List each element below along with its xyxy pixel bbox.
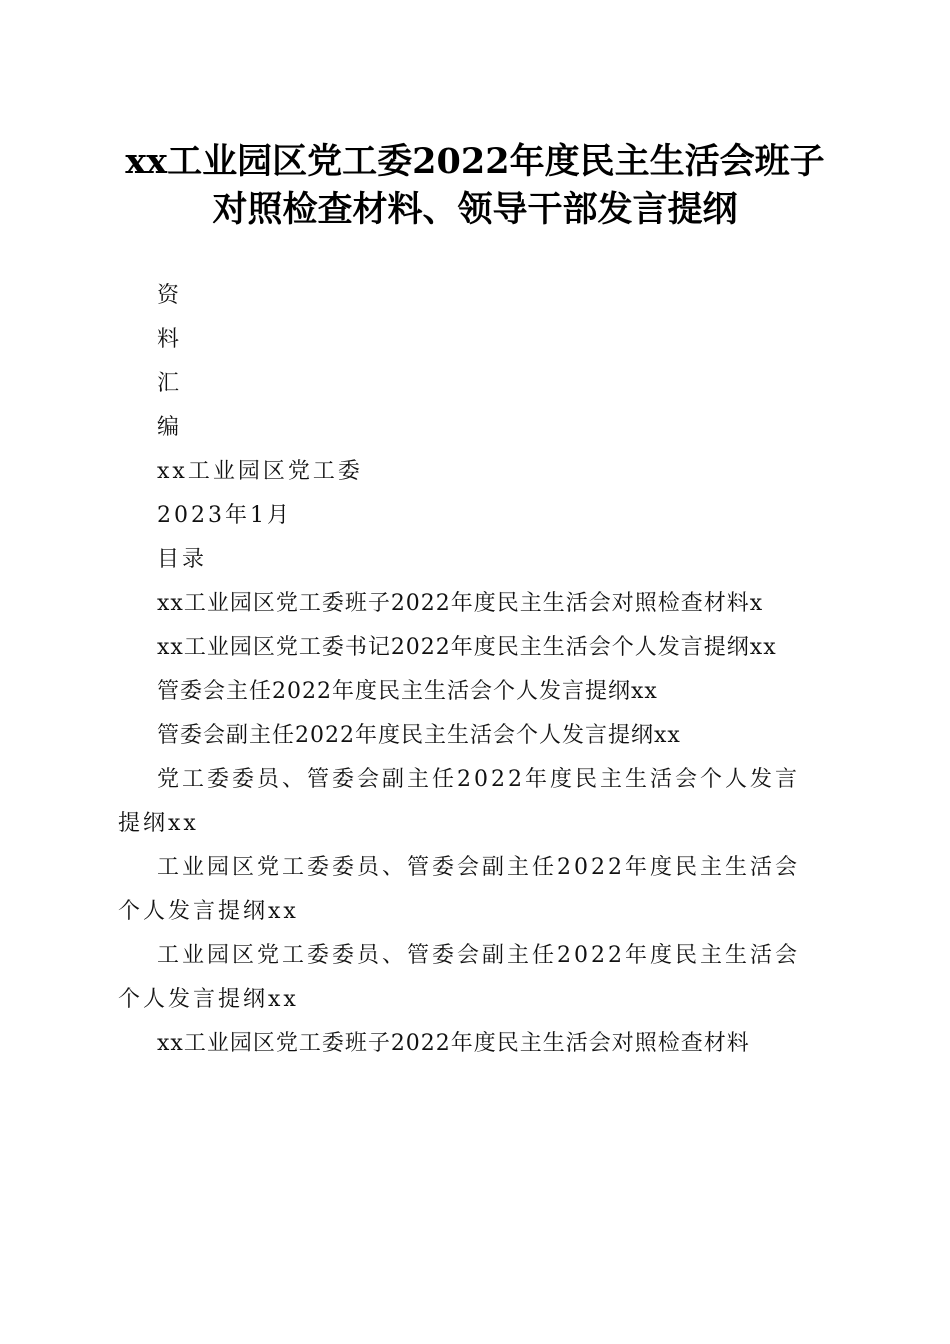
section-heading: xx工业园区党工委班子2022年度民主生活会对照检查材料: [118, 1022, 824, 1066]
toc-item: 党工委委员、管委会副主任2022年度民主生活会个人发言提纲xx: [118, 758, 824, 846]
cover-label-char: 料: [118, 318, 824, 362]
toc-item: xx工业园区党工委书记2022年度民主生活会个人发言提纲xx: [118, 626, 824, 670]
title-line-1: xx工业园区党工委2022年度民主生活会班子: [100, 138, 850, 186]
toc-item: 工业园区党工委委员、管委会副主任2022年度民主生活会个人发言提纲xx: [118, 934, 824, 1022]
cover-date: 2023年1月: [118, 494, 824, 538]
document-body: 资 料 汇 编 xx工业园区党工委 2023年1月 目录 xx工业园区党工委班子…: [118, 274, 824, 1066]
toc-item: 工业园区党工委委员、管委会副主任2022年度民主生活会个人发言提纲xx: [118, 846, 824, 934]
cover-organization: xx工业园区党工委: [118, 450, 824, 494]
cover-label-char: 资: [118, 274, 824, 318]
document-title: xx工业园区党工委2022年度民主生活会班子 对照检查材料、领导干部发言提纲: [100, 138, 850, 234]
toc-heading: 目录: [118, 538, 824, 582]
cover-label-char: 汇: [118, 362, 824, 406]
cover-label-char: 编: [118, 406, 824, 450]
toc-item: 管委会主任2022年度民主生活会个人发言提纲xx: [118, 670, 824, 714]
title-line-2: 对照检查材料、领导干部发言提纲: [100, 186, 850, 234]
toc-item: xx工业园区党工委班子2022年度民主生活会对照检查材料x: [118, 582, 824, 626]
toc-item: 管委会副主任2022年度民主生活会个人发言提纲xx: [118, 714, 824, 758]
document-page: xx工业园区党工委2022年度民主生活会班子 对照检查材料、领导干部发言提纲 资…: [0, 0, 950, 1344]
